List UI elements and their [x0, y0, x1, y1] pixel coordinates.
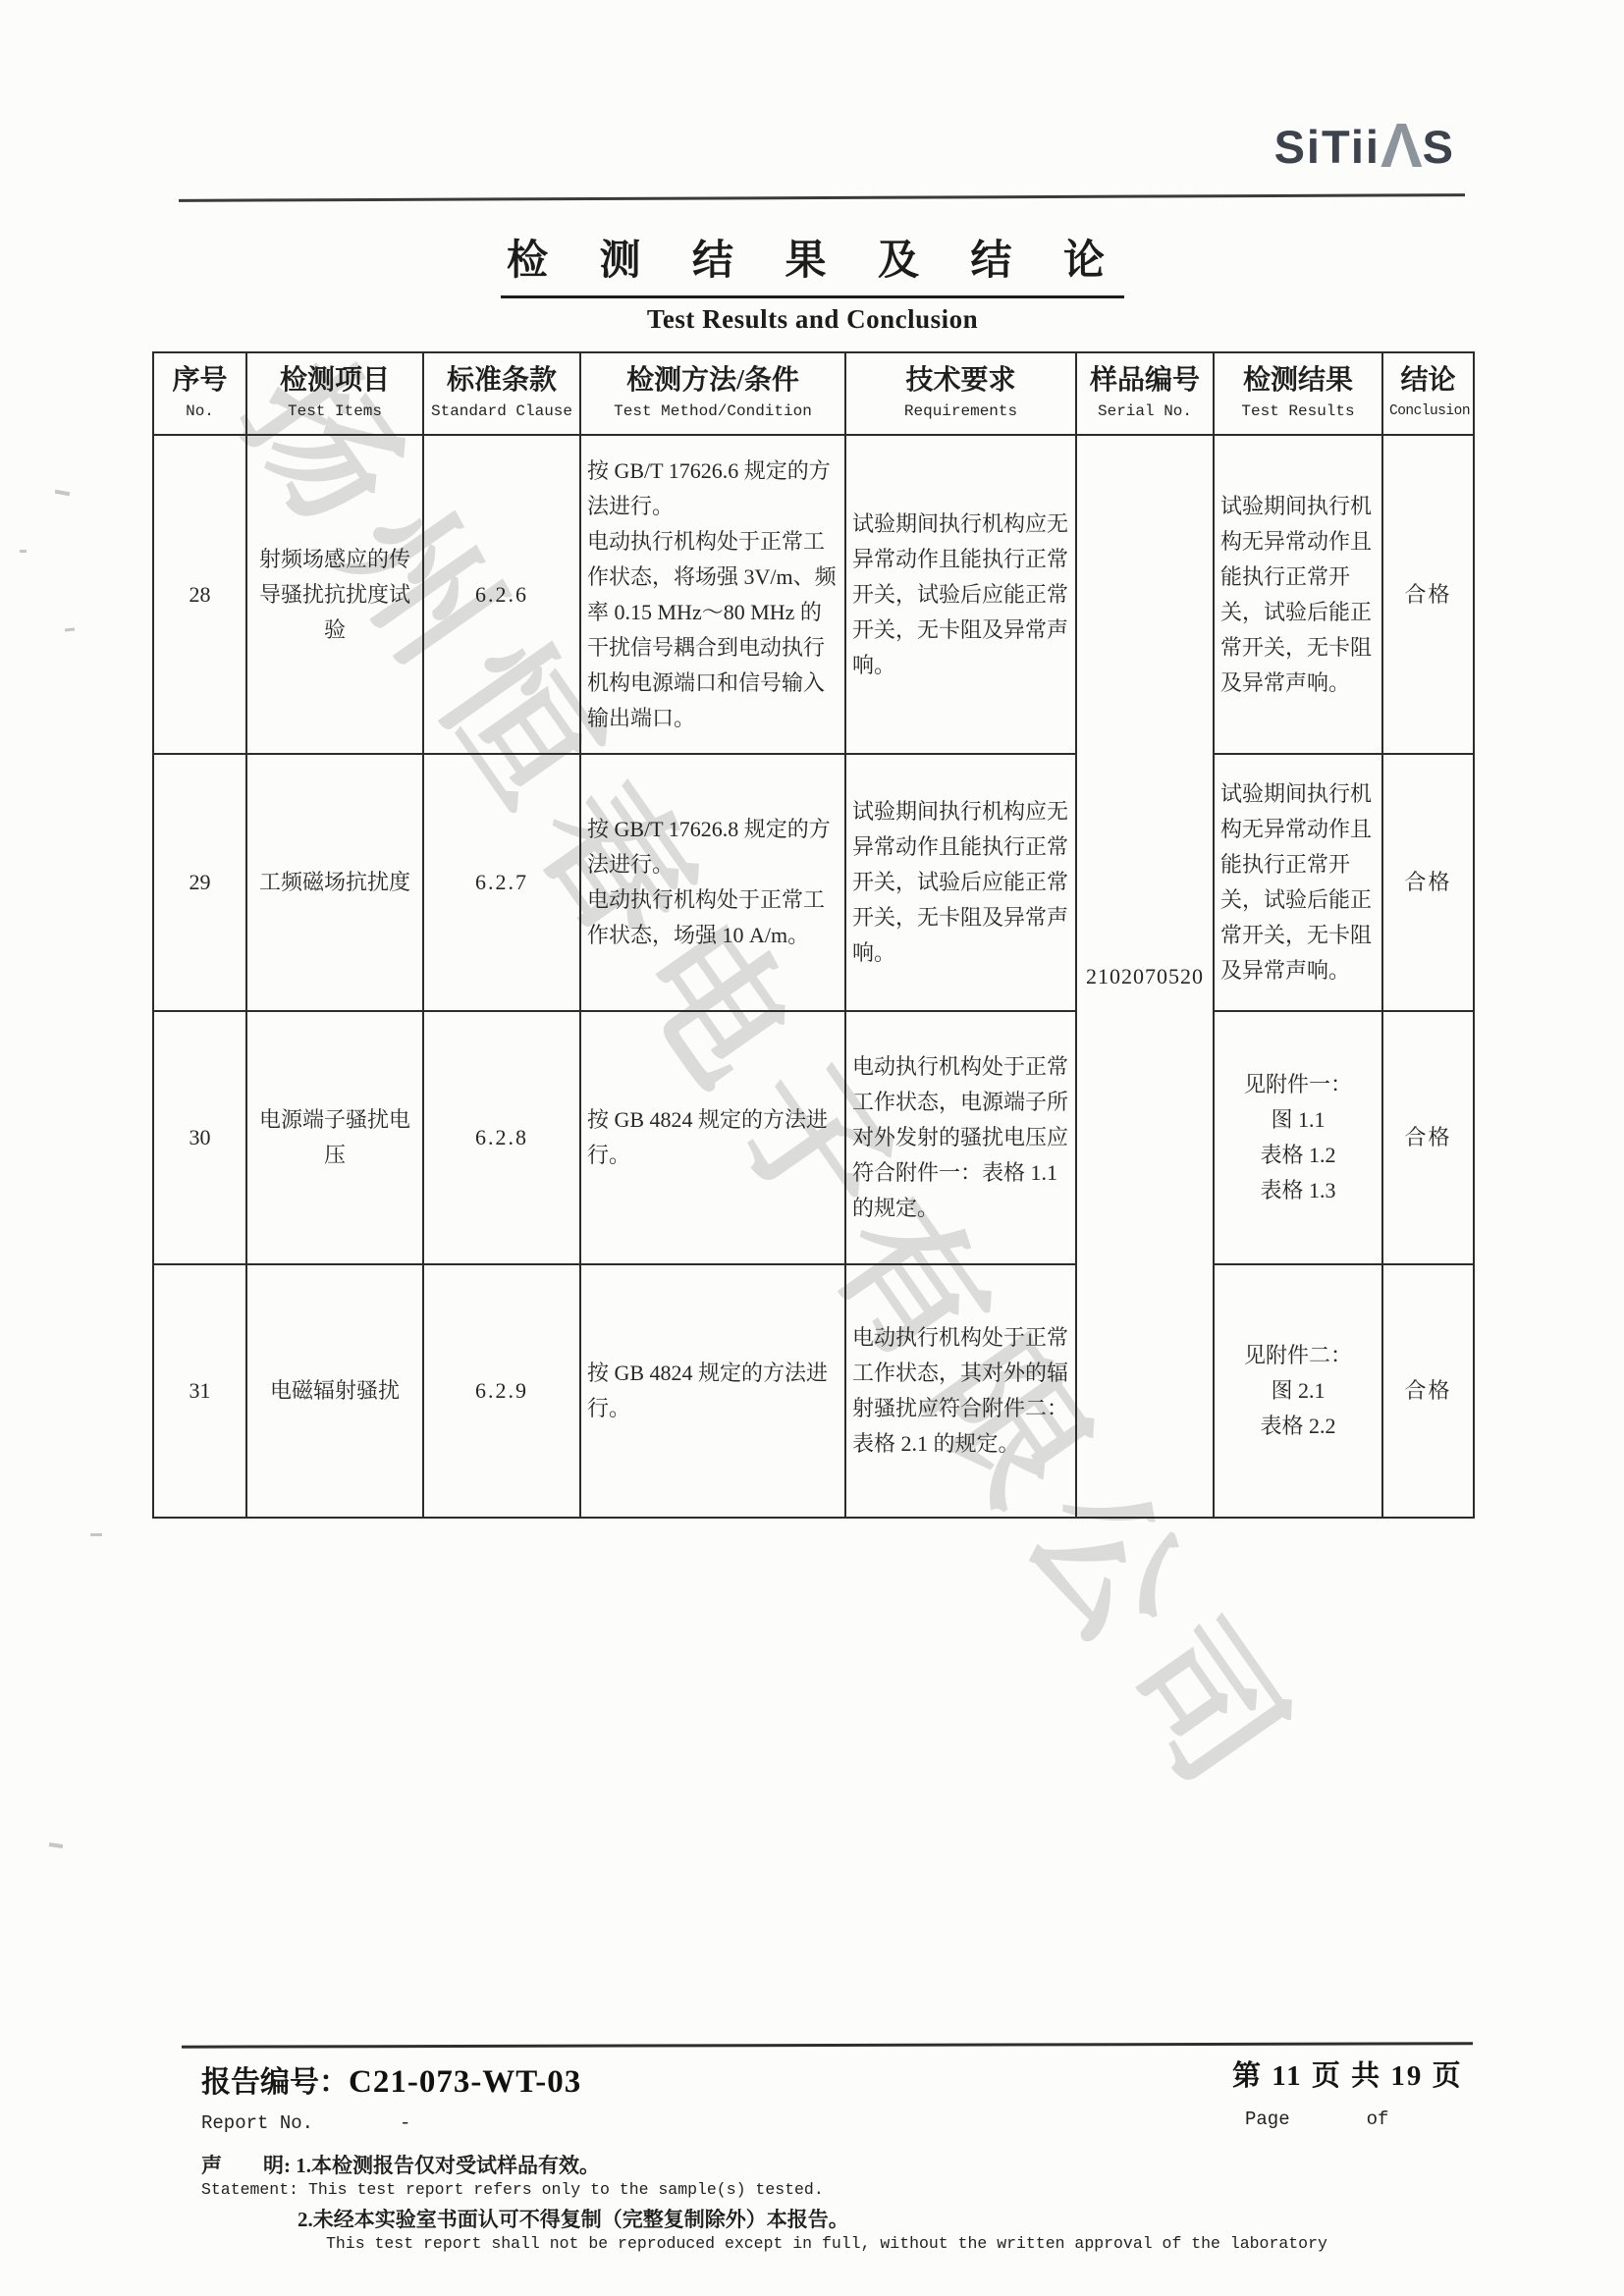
cell-no: 31 — [153, 1264, 246, 1518]
cell-requirements: 试验期间执行机构应无异常动作且能执行正常开关，试验后应能正常开关，无卡阻及异常声… — [845, 435, 1076, 754]
cell-serial-no: 2102070520 — [1076, 435, 1214, 1518]
report-number-value-en: - — [400, 2112, 410, 2134]
scan-artifact — [49, 1842, 63, 1848]
cell-no: 29 — [153, 754, 246, 1011]
page-title: 检 测 结 果 及 结 论 — [501, 228, 1124, 298]
scan-artifact — [90, 1533, 102, 1536]
cell-conclusion: 合格 — [1382, 435, 1474, 754]
cell-method: 按 GB 4824 规定的方法进行。 — [580, 1264, 845, 1518]
table-row-31: 31 电磁辐射骚扰 6.2.9 按 GB 4824 规定的方法进行。 电动执行机… — [153, 1264, 1474, 1518]
cell-conclusion: 合格 — [1382, 1264, 1474, 1518]
statement-label-en: Statement: — [201, 2180, 298, 2199]
cell-test-item: 工频磁场抗扰度 — [246, 754, 423, 1011]
cell-test-item: 射频场感应的传导骚扰抗扰度试验 — [246, 435, 423, 754]
logo-triangle-a: Λ — [1380, 110, 1423, 181]
cell-requirements: 电动执行机构处于正常工作状态，电源端子所对外发射的骚扰电压应符合附件一：表格 1… — [845, 1011, 1076, 1264]
logo-text-right: S — [1423, 121, 1455, 173]
col-header-standard-clause: 标准条款Standard Clause — [423, 352, 580, 435]
report-number-label-en: Report No. — [201, 2112, 313, 2134]
table-header-row: 序号No. 检测项目Test Items 标准条款Standard Clause… — [153, 352, 1474, 435]
cell-method: 按 GB/T 17626.8 规定的方法进行。 电动执行机构处于正常工作状态，场… — [580, 754, 845, 1011]
statement-label: 声 明: — [201, 2154, 291, 2177]
table-row-29: 29 工频磁场抗扰度 6.2.7 按 GB/T 17626.8 规定的方法进行。… — [153, 754, 1474, 1011]
statement-1-en: This test report refers only to the samp… — [308, 2180, 824, 2199]
logo-text-left: SiTii — [1274, 121, 1380, 173]
cell-method: 按 GB/T 17626.6 规定的方法进行。 电动执行机构处于正常工作状态，将… — [580, 435, 845, 754]
page-title-en: Test Results and Conclusion — [152, 304, 1473, 335]
statement-line-1: 声 明: 1.本检测报告仅对受试样品有效。 — [201, 2150, 600, 2179]
results-table: 序号No. 检测项目Test Items 标准条款Standard Clause… — [152, 351, 1475, 1519]
col-header-test-results: 检测结果Test Results — [1214, 352, 1382, 435]
cell-results: 见附件一： 图 1.1 表格 1.2 表格 1.3 — [1214, 1011, 1382, 1264]
cell-clause: 6.2.9 — [423, 1264, 580, 1518]
scan-artifact — [20, 550, 27, 553]
footer-divider — [182, 2042, 1473, 2048]
page-label: Page — [1245, 2109, 1290, 2130]
cell-clause: 6.2.7 — [423, 754, 580, 1011]
header-divider — [179, 193, 1465, 202]
cell-clause: 6.2.6 — [423, 435, 580, 754]
col-header-requirements: 技术要求Requirements — [845, 352, 1076, 435]
cell-results: 试验期间执行机构无异常动作且能执行正常开关，试验后能正常开关，无卡阻及异常声响。 — [1214, 754, 1382, 1011]
cell-test-item: 电磁辐射骚扰 — [246, 1264, 423, 1518]
of-label: of — [1367, 2109, 1389, 2130]
col-header-no: 序号No. — [153, 352, 246, 435]
title-block: 检 测 结 果 及 结 论 Test Results and Conclusio… — [152, 228, 1473, 335]
page-indicator-en: Pageof — [1245, 2109, 1388, 2130]
report-number: 报告编号：C21-073-WT-03 — [201, 2057, 581, 2101]
table-row-30: 30 电源端子骚扰电压 6.2.8 按 GB 4824 规定的方法进行。 电动执… — [153, 1011, 1474, 1264]
cell-conclusion: 合格 — [1382, 754, 1474, 1011]
page-indicator: 第 11 页 共 19 页 — [1232, 2054, 1463, 2094]
scan-artifact — [65, 627, 75, 631]
report-number-label: 报告编号： — [201, 2066, 349, 2099]
table-row-28: 28 射频场感应的传导骚扰抗扰度试验 6.2.6 按 GB/T 17626.6 … — [153, 435, 1474, 754]
cell-no: 30 — [153, 1011, 246, 1264]
report-number-value: C21-073-WT-03 — [349, 2064, 581, 2100]
col-header-test-method: 检测方法/条件Test Method/Condition — [580, 352, 845, 435]
statement-line-2: Statement: This test report refers only … — [201, 2180, 824, 2199]
cell-no: 28 — [153, 435, 246, 754]
statement-1-zh: 1.本检测报告仅对受试样品有效。 — [296, 2154, 600, 2177]
col-header-serial-no: 样品编号Serial No. — [1076, 352, 1214, 435]
cell-requirements: 试验期间执行机构应无异常动作且能执行正常开关，试验后应能正常开关，无卡阻及异常声… — [845, 754, 1076, 1011]
statement-line-3: 2.未经本实验室书面认可不得复制（完整复制除外）本报告。 — [298, 2204, 849, 2233]
cell-results: 试验期间执行机构无异常动作且能执行正常开关，试验后能正常开关，无卡阻及异常声响。 — [1214, 435, 1382, 754]
cell-conclusion: 合格 — [1382, 1011, 1474, 1264]
cell-clause: 6.2.8 — [423, 1011, 580, 1264]
cell-test-item: 电源端子骚扰电压 — [246, 1011, 423, 1264]
cell-results: 见附件二： 图 2.1 表格 2.2 — [1214, 1264, 1382, 1518]
col-header-conclusion: 结论Conclusion — [1382, 352, 1474, 435]
statement-line-4: This test report shall not be reproduced… — [326, 2234, 1327, 2253]
cell-requirements: 电动执行机构处于正常工作状态，其对外的辐射骚扰应符合附件二：表格 2.1 的规定… — [845, 1264, 1076, 1518]
sitiias-logo: SiTiiΛS — [1274, 116, 1455, 177]
report-number-en: Report No.- — [201, 2112, 410, 2134]
col-header-test-items: 检测项目Test Items — [246, 352, 423, 435]
cell-method: 按 GB 4824 规定的方法进行。 — [580, 1011, 845, 1264]
scan-artifact — [55, 490, 70, 497]
